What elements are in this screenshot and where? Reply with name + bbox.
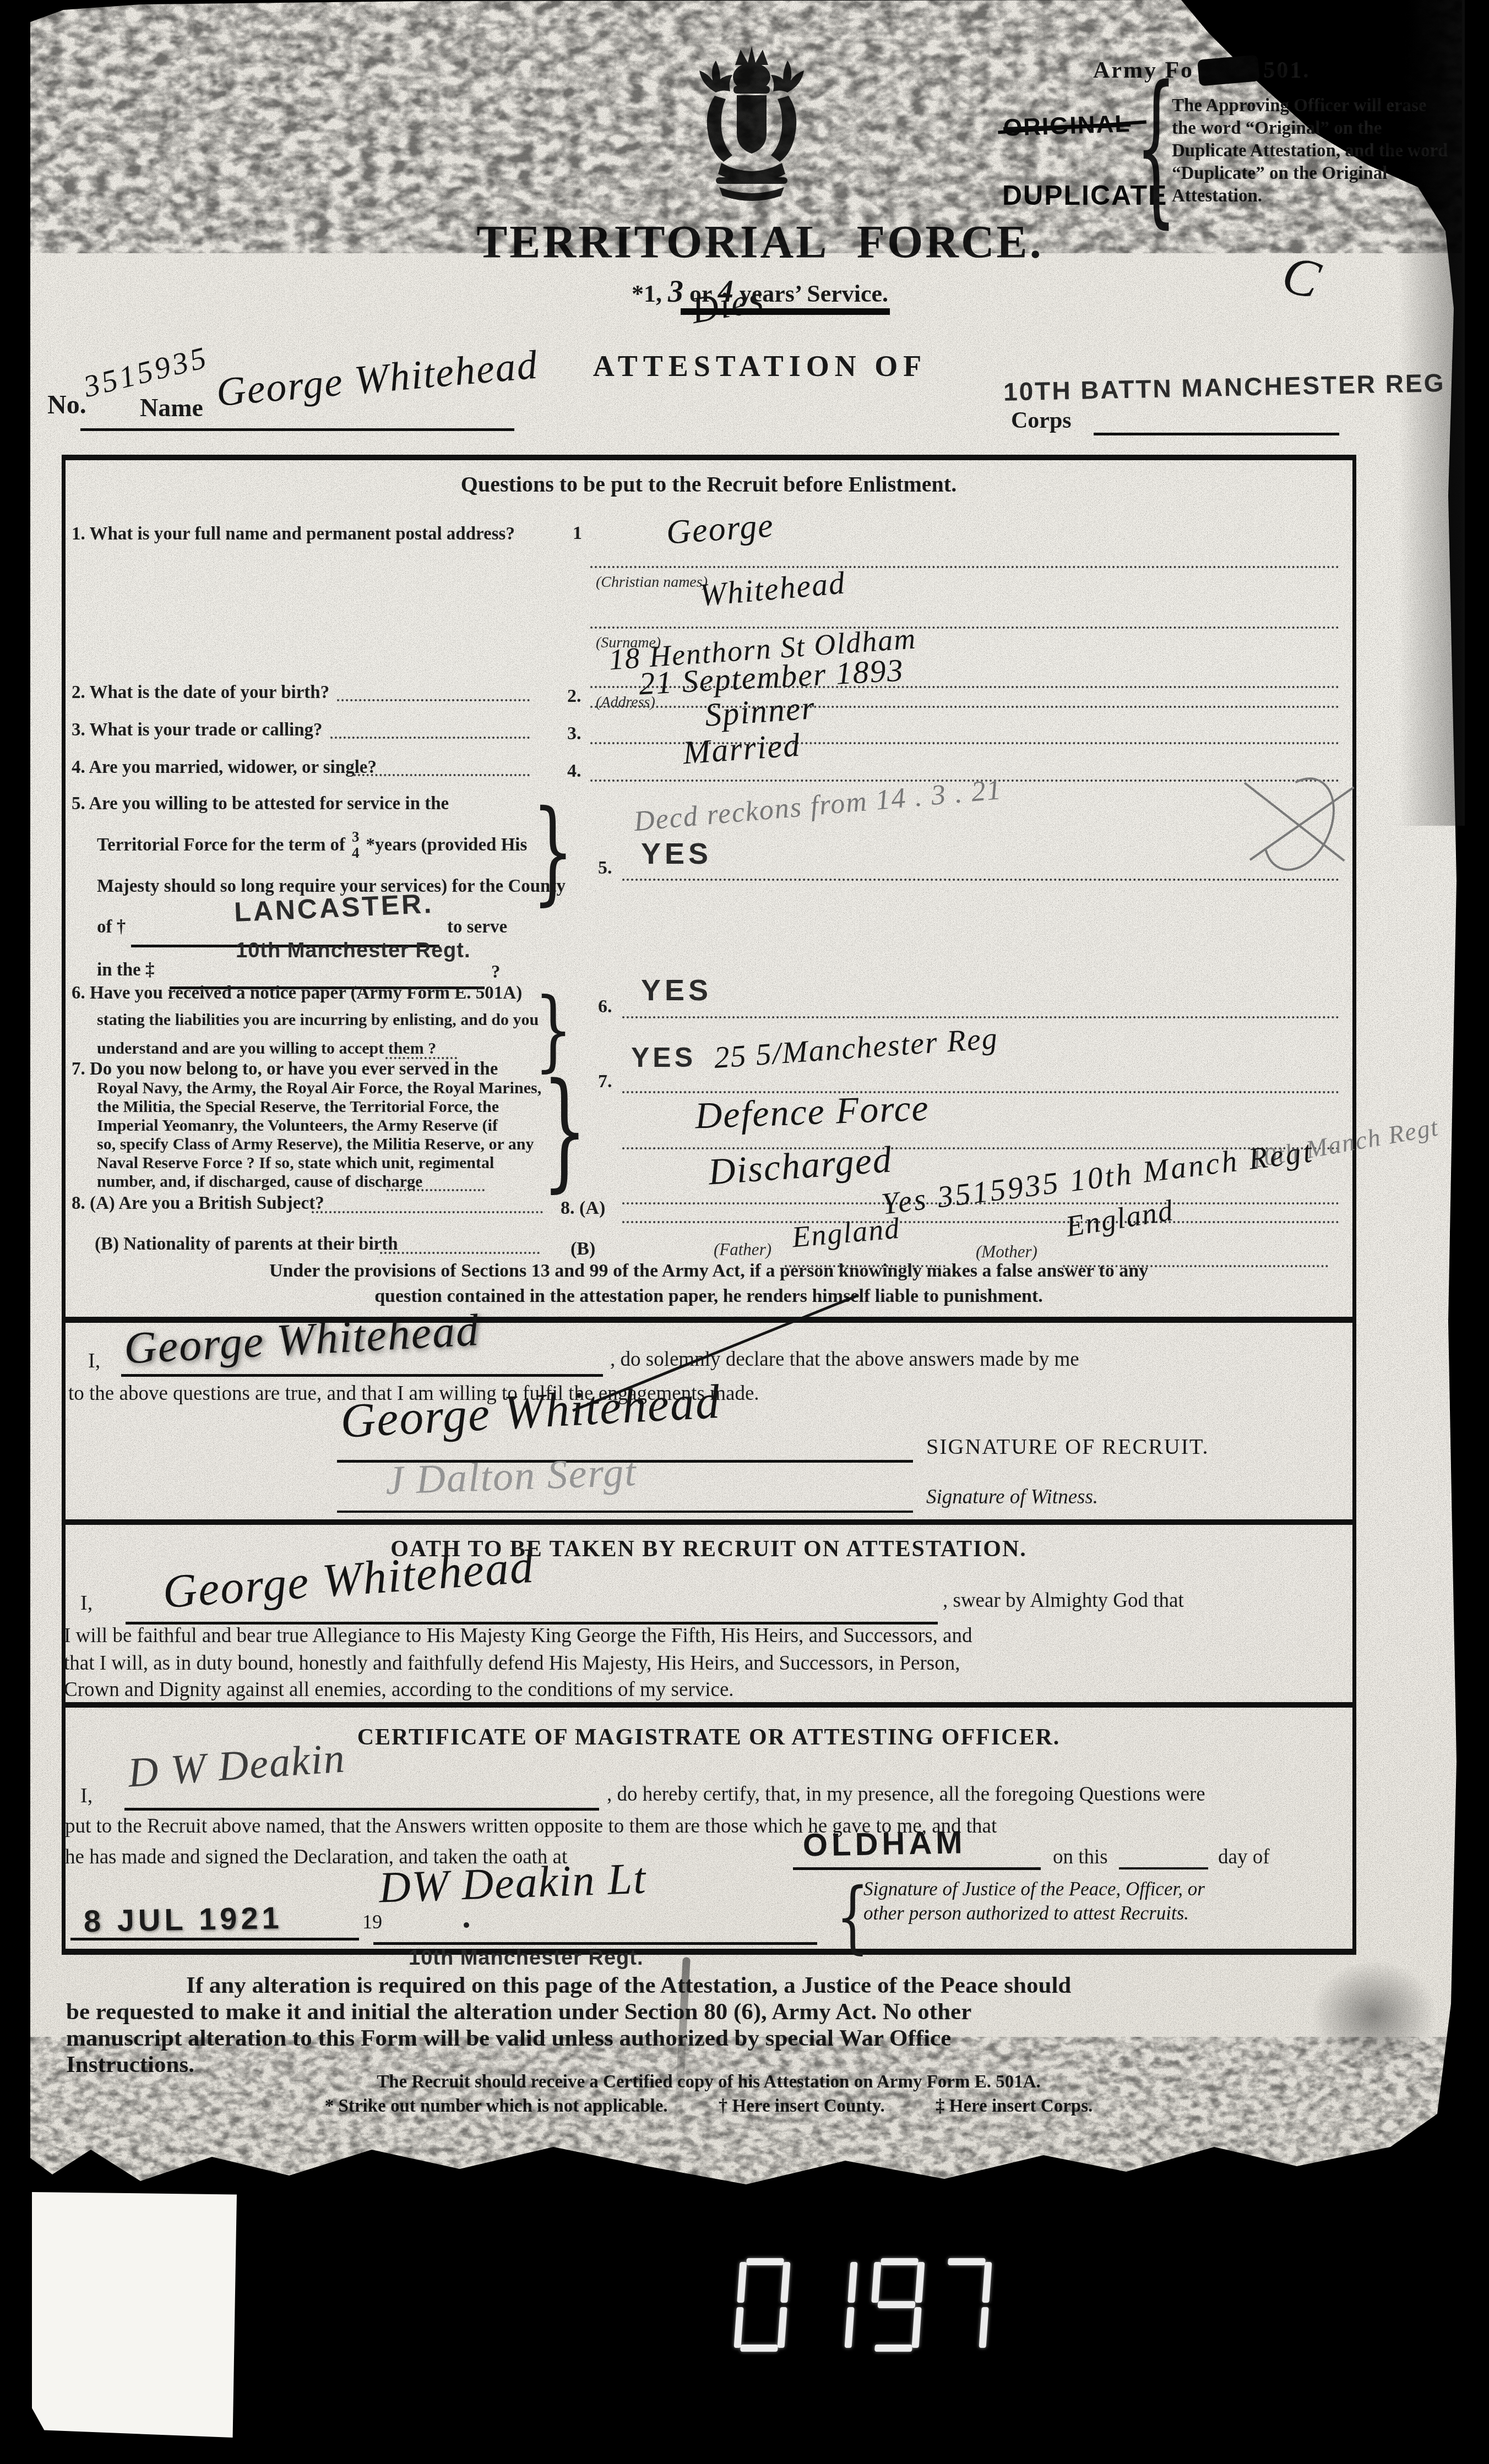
q7-brace: } (542, 1056, 588, 1205)
answer-line (622, 879, 1339, 881)
counter-digit (935, 2258, 992, 2352)
question-4-number: 4. (567, 761, 582, 782)
no-label: No. (47, 390, 86, 420)
warning-line1: Under the provisions of Sections 13 and … (62, 1261, 1356, 1282)
ink-dot (464, 1922, 469, 1928)
footnote-county: † Here insert County. (719, 2096, 885, 2116)
answer-line (622, 1016, 1339, 1018)
answer-line (622, 1221, 1339, 1223)
question-5-line1: 5. Are you willing to be attested for se… (72, 793, 449, 815)
name-label: Name (140, 393, 203, 422)
question-1-number: 1 (573, 523, 582, 544)
question-2-label: 2. What is the date of your birth? (72, 682, 329, 704)
justice-note-line1: Signature of Justice of the Peace, Offic… (863, 1878, 1205, 1900)
box-rule-sep3 (62, 1702, 1356, 1708)
q7-yes-stamp: YES (631, 1042, 696, 1073)
scan-smudge (1311, 1960, 1437, 2070)
oath-text1: , swear by Almighty God that (943, 1589, 1184, 1612)
q6-yes-stamp: YES (641, 973, 712, 1007)
q5-to-serve: to serve (447, 916, 507, 938)
warning-line2: question contained in the attestation pa… (62, 1286, 1356, 1307)
footnotes: * Strike out number which is not applica… (62, 2096, 1356, 2117)
officer-signature-line (373, 1942, 817, 1945)
question-6-number: 6. (598, 996, 612, 1017)
counter-digit (801, 2258, 858, 2352)
father-label: (Father) (714, 1240, 771, 1260)
date-underline (70, 1938, 359, 1940)
question-7-line6: Naval Reserve Force ? If so, state which… (97, 1154, 494, 1173)
q7-answer-defence-force: Defence Force (694, 1086, 930, 1138)
place-stamp-oldham: OLDHAM (802, 1824, 966, 1863)
question-7-line1: 7. Do you now belong to, or have you eve… (72, 1058, 498, 1080)
date-stamp: 8 JUL 1921 (83, 1900, 283, 1939)
q5-term-options: 3 4 (352, 829, 360, 861)
officer-signature: DW Deakin Lt (378, 1854, 648, 1914)
q5-in-the-label: in the ‡ (97, 959, 155, 981)
page-title: TERRITORIAL FORCE. (264, 216, 1256, 269)
header-brace: { (1135, 50, 1177, 243)
leader-dots (380, 1252, 540, 1254)
subtitle-underline (681, 308, 890, 315)
question-7-line4: Imperial Yeomanry, the Volunteers, the A… (97, 1116, 498, 1135)
q5-term-bottom: 4 (352, 845, 360, 861)
q5-line2-pre: Territorial Force for the term of (97, 834, 345, 856)
leader-dots (387, 1189, 485, 1191)
q5-yes-stamp: YES (641, 837, 712, 871)
officer-regiment-stamp: 10th Manchester Regt. (409, 1947, 643, 1970)
leader-dots (354, 774, 530, 776)
footnote-strike-out: * Strike out number which is not applica… (325, 2096, 668, 2116)
oath-line2: I will be faithful and bear true Allegia… (64, 1624, 1351, 1648)
box-rule-bottom (62, 1949, 1356, 1955)
service-prefix: *1, (632, 280, 662, 307)
question-7-number: 7. (598, 1071, 612, 1092)
answer-line (590, 626, 1339, 629)
place-underline (793, 1867, 1041, 1870)
declaration-name-underline (121, 1374, 603, 1377)
witness-signature-line (337, 1511, 913, 1513)
question-5-line2: Territorial Force for the term of 3 4 *y… (97, 829, 527, 861)
question-8b-number: (B) (570, 1239, 595, 1260)
christian-names-caption: (Christian names) (596, 574, 708, 591)
witness-signature: J Dalton Sergt (385, 1449, 638, 1504)
army-form-right: 501. (1263, 57, 1311, 84)
counter-digits (733, 2258, 992, 2352)
declaration-i: I, (88, 1349, 100, 1373)
certificate-day-of: day of (1218, 1845, 1270, 1869)
printed-year-19: 19 (362, 1910, 382, 1933)
q5-question-mark: ? (491, 961, 501, 983)
footnote-corps: ‡ Here insert Corps. (936, 2096, 1093, 2116)
question-8a-label: 8. (A) Are you a British Subject? (72, 1192, 324, 1214)
q5-brace: } (532, 787, 574, 917)
certificate-i: I, (80, 1784, 93, 1808)
question-6-line1: 6. Have you received a notice paper (Arm… (72, 982, 522, 1004)
question-7-line2: Royal Navy, the Army, the Royal Air Forc… (97, 1079, 541, 1098)
questions-heading: Questions to be put to the Recruit befor… (62, 471, 1356, 497)
recruit-signature-label: SIGNATURE OF RECRUIT. (926, 1433, 1209, 1459)
question-7-line7: number, and, if discharged, cause of dis… (97, 1173, 422, 1191)
corps-underline (1094, 433, 1339, 435)
leader-dots (330, 737, 530, 739)
question-1-label: 1. What is your full name and permanent … (72, 523, 578, 545)
justice-note-line2: other person authorized to attest Recrui… (863, 1902, 1189, 1925)
certificate-on-this: on this (1053, 1845, 1108, 1869)
name-underline (210, 428, 514, 431)
q5-line2-post: *years (provided His (366, 834, 528, 856)
alteration-note-line3: manuscript alteration to this Form will … (66, 2025, 951, 2052)
answer-line (590, 706, 1339, 708)
leader-dots (312, 1211, 543, 1213)
question-8b-label: (B) Nationality of parents at their birt… (95, 1233, 398, 1255)
certificate-text1: , do hereby certify, that, in my presenc… (607, 1782, 1205, 1806)
witness-signature-label: Signature of Witness. (926, 1485, 1098, 1509)
box-rule-sep2 (62, 1519, 1356, 1525)
question-4-label: 4. Are you married, widower, or single? (72, 756, 377, 778)
royal-crest (683, 43, 820, 214)
certificate-text2: put to the Recruit above named, that the… (65, 1814, 1354, 1838)
question-3-label: 3. What is your trade or calling? (72, 719, 323, 741)
question-7-line3: the Militia, the Special Reserve, the Te… (97, 1098, 499, 1116)
corps-label: Corps (1011, 407, 1072, 434)
question-5-number: 5. (598, 858, 612, 879)
q5-of-label: of † (97, 916, 126, 938)
leader-dots (337, 699, 530, 701)
oath-line3: that I will, as in duty bound, honestly … (64, 1651, 1351, 1675)
ink-blot (1197, 54, 1260, 86)
answer-christian-name: George (665, 506, 775, 552)
question-2-number: 2. (567, 686, 582, 707)
oath-i: I, (80, 1591, 93, 1615)
answer-trade: Spinner (704, 689, 817, 734)
q5-term-top: 3 (352, 829, 360, 845)
question-7-line5: so, specify Class of Army Reserve), the … (97, 1135, 534, 1154)
certified-copy-note: The Recruit should receive a Certified c… (62, 2072, 1356, 2092)
question-8a-number: 8. (A) (561, 1198, 605, 1219)
mother-label: (Mother) (976, 1242, 1037, 1262)
scanned-attestation-document: Army Fo 501. ORIGINAL DUPLICATE { The Ap… (0, 0, 1489, 2464)
answer-line (590, 566, 1339, 568)
alteration-note-line2: be requested to make it and initial the … (66, 1998, 971, 2025)
scan-smudge (1399, 0, 1465, 826)
counter-digit (733, 2258, 791, 2352)
day-underline (1119, 1867, 1208, 1869)
officer-name-underline (124, 1808, 599, 1811)
service-ink-number-1: 3 (668, 275, 683, 309)
question-3-number: 3. (567, 723, 582, 744)
box-rule-top (62, 455, 1356, 460)
oath-line4: Crown and Dignity against all enemies, a… (64, 1678, 1351, 1702)
counter-digit (868, 2258, 925, 2352)
army-form-number: Army Fo 501. (1093, 57, 1311, 84)
white-label-box (32, 2192, 237, 2438)
question-6-line2: stating the liabilities you are incurrin… (97, 1011, 539, 1029)
regiment-stamp: 10th Manchester Regt. (236, 939, 470, 963)
alteration-note-line1: If any alteration is required on this pa… (186, 1972, 1071, 1999)
question-6-line3: understand and are you willing to accept… (97, 1039, 436, 1058)
